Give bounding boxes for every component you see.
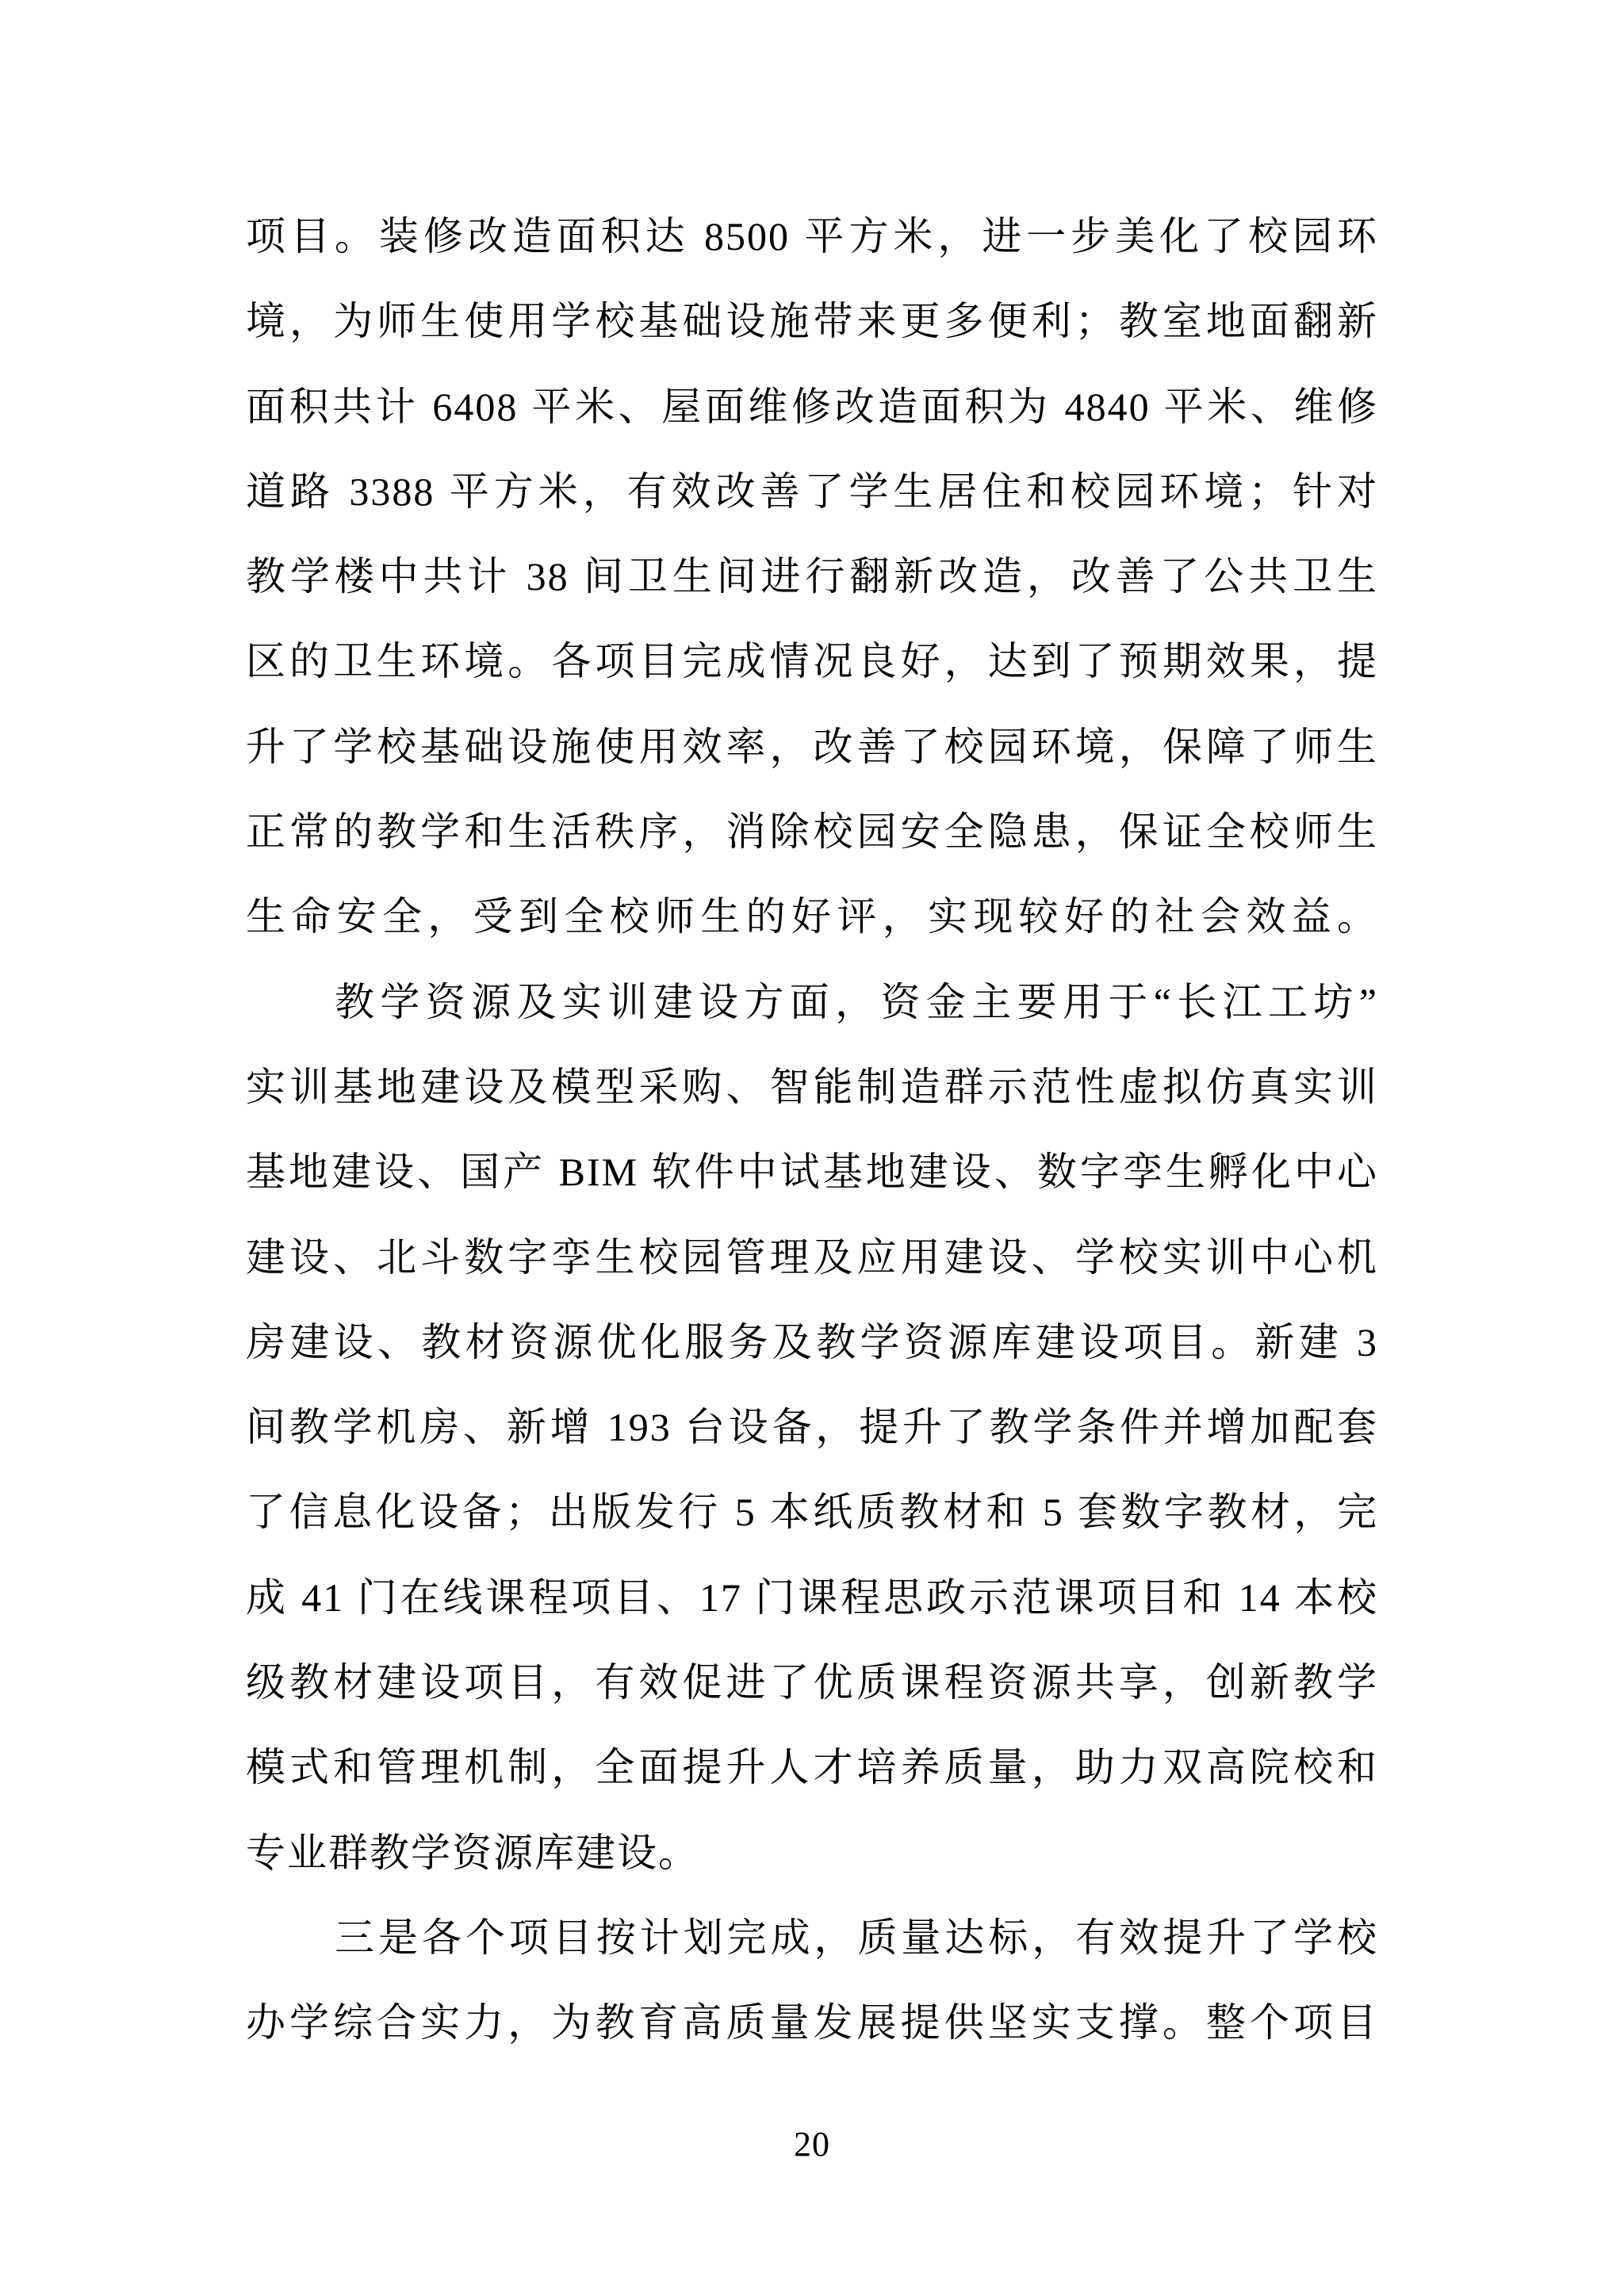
text-line-13: 建设、北斗数字孪生校园管理及应用建设、学校实训中心机 xyxy=(246,1215,1378,1300)
text-line-14: 房建设、教材资源优化服务及教学资源库建设项目。新建 3 xyxy=(246,1300,1378,1385)
text-line-9: 生命安全，受到全校师生的好评，实现较好的社会效益。 xyxy=(246,874,1378,959)
text-line-1: 项目。装修改造面积达 8500 平方米，进一步美化了校园环 xyxy=(246,194,1378,279)
text-line-20: 专业群教学资源库建设。 xyxy=(246,1811,1378,1896)
text-line-11: 实训基地建设及模型采购、智能制造群示范性虚拟仿真实训 xyxy=(246,1045,1378,1130)
text-line-5: 教学楼中共计 38 间卫生间进行翻新改造，改善了公共卫生 xyxy=(246,534,1378,619)
text-line-12: 基地建设、国产 BIM 软件中试基地建设、数字孪生孵化中心 xyxy=(246,1130,1378,1215)
text-line-15: 间教学机房、新增 193 台设备，提升了教学条件并增加配套 xyxy=(246,1385,1378,1470)
text-line-10: 教学资源及实训建设方面，资金主要用于“长江工坊” xyxy=(246,960,1378,1045)
text-line-19: 模式和管理机制，全面提升人才培养质量，助力双高院校和 xyxy=(246,1725,1378,1810)
text-line-8: 正常的教学和生活秩序，消除校园安全隐患，保证全校师生 xyxy=(246,790,1378,874)
text-line-17: 成 41 门在线课程项目、17 门课程思政示范课项目和 14 本校 xyxy=(246,1556,1378,1640)
text-line-16: 了信息化设备；出版发行 5 本纸质教材和 5 套数字教材，完 xyxy=(246,1470,1378,1555)
document-page: 项目。装修改造面积达 8500 平方米，进一步美化了校园环 境，为师生使用学校基… xyxy=(0,0,1624,2296)
body-text: 项目。装修改造面积达 8500 平方米，进一步美化了校园环 境，为师生使用学校基… xyxy=(246,194,1378,2066)
text-line-6: 区的卫生环境。各项目完成情况良好，达到了预期效果，提 xyxy=(246,619,1378,704)
text-line-7: 升了学校基础设施使用效率，改善了校园环境，保障了师生 xyxy=(246,705,1378,790)
text-line-4: 道路 3388 平方米，有效改善了学生居住和校园环境；针对 xyxy=(246,450,1378,534)
page-number: 20 xyxy=(0,2125,1624,2164)
text-line-3: 面积共计 6408 平米、屋面维修改造面积为 4840 平米、维修 xyxy=(246,365,1378,450)
text-line-22: 办学综合实力，为教育高质量发展提供坚实支撑。整个项目 xyxy=(246,1980,1378,2065)
text-line-2: 境，为师生使用学校基础设施带来更多便利；教室地面翻新 xyxy=(246,279,1378,364)
text-line-21: 三是各个项目按计划完成，质量达标，有效提升了学校 xyxy=(246,1896,1378,1980)
text-line-18: 级教材建设项目，有效促进了优质课程资源共享，创新教学 xyxy=(246,1640,1378,1725)
